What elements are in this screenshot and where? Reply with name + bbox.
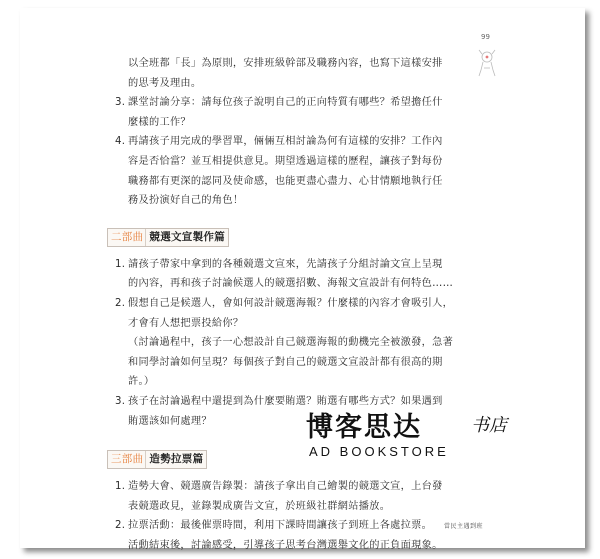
section-heading-part2: 二部曲 競選文宣製作篇 xyxy=(107,228,229,247)
intro-line: 以全班都「長」為原則，安排班級幹部及職務內容，也寫下這樣安排 xyxy=(128,54,458,74)
page-number: 99 xyxy=(481,33,490,41)
intro-line: 的思考及理由。 xyxy=(128,74,458,94)
section-heading-part3: 三部曲 造勢拉票篇 xyxy=(107,450,207,469)
item-text: 容是否恰當？並互相提供意見。期望透過這樣的歷程，讓孩子對每份 xyxy=(128,152,458,172)
running-footer: 當民主遇到班 xyxy=(444,521,483,530)
item-number: 2. xyxy=(115,294,125,314)
item-text: 和同學討論如何呈現？每個孩子對自己的競選文宣設計都有很高的期 xyxy=(128,353,458,373)
book-page: 99 以全班都「長」為原則，安排班級幹部及職務內容，也寫下這樣安排 的思考及理由… xyxy=(20,8,585,548)
item-text: 務及扮演好自己的角色！ xyxy=(128,191,458,211)
item-text: 活動結束後，討論感受，引導孩子思考台灣選舉文化的正負面現象。 xyxy=(128,536,458,556)
list-item-1: 1. 造勢大會、競選廣告錄製：請孩子拿出自己繪製的競選文宣，上台發 xyxy=(128,477,458,497)
item-number: 1. xyxy=(115,477,125,497)
page-content: 以全班都「長」為原則，安排班級幹部及職務內容，也寫下這樣安排 的思考及理由。 3… xyxy=(128,54,458,555)
item-number: 3. xyxy=(115,93,125,113)
section-title: 競選文宣製作篇 xyxy=(146,229,228,246)
section-tag: 二部曲 xyxy=(108,229,146,246)
item-number: 2. xyxy=(115,516,125,536)
list-item-3: 3. 孩子在討論過程中還提到為什麼要賄選？賄選有哪些方式？如果遇到 xyxy=(128,392,458,412)
section-title: 造勢拉票篇 xyxy=(146,451,206,468)
list-item-2: 2. 拉票活動：最後催票時間，利用下課時間讓孩子到班上各處拉票。 xyxy=(128,516,458,536)
list-item-1: 1. 請孩子帶家中拿到的各種競選文宣來，先請孩子分組討論文宣上呈現 xyxy=(128,255,458,275)
mascot-illustration-icon xyxy=(476,48,498,80)
item-number: 1. xyxy=(115,255,125,275)
item-text: （討論過程中，孩子一心想設計自己競選海報的動機完全被激發，急著 xyxy=(128,333,458,353)
item-number: 4. xyxy=(115,132,125,152)
item-text: 才會有人想把票投給你？ xyxy=(128,314,458,334)
item-text: 造勢大會、競選廣告錄製：請孩子拿出自己繪製的競選文宣，上台發 xyxy=(128,481,443,492)
item-text: 許。） xyxy=(128,372,458,392)
item-number: 3. xyxy=(115,392,125,412)
item-text: 賄選該如何處理？ xyxy=(128,412,458,432)
item-text: 課堂討論分享：請每位孩子說明自己的正向特質有哪些？希望擔任什 xyxy=(128,97,443,108)
item-text: 再請孩子用完成的學習單，倆倆互相討論為何有這樣的安排？工作內 xyxy=(128,136,443,147)
list-item-2: 2. 假想自己是候選人，會如何設計競選海報？什麼樣的內容才會吸引人， xyxy=(128,294,458,314)
section-tag: 三部曲 xyxy=(108,451,146,468)
list-item-4: 4. 再請孩子用完成的學習單，倆倆互相討論為何有這樣的安排？工作內 xyxy=(128,132,458,152)
item-text: 職務都有更深的認同及使命感，也能更盡心盡力、心甘情願地執行任 xyxy=(128,172,458,192)
item-text: 假想自己是候選人，會如何設計競選海報？什麼樣的內容才會吸引人， xyxy=(128,298,453,309)
item-text: 表競選政見，並錄製成廣告文宣，於班級社群網站播放。 xyxy=(128,497,458,517)
item-text: 拉票活動：最後催票時間，利用下課時間讓孩子到班上各處拉票。 xyxy=(128,520,432,531)
item-text: 的內容，再和孩子討論候選人的競選招數、海報文宣設計有何特色…… xyxy=(128,274,458,294)
list-item-3: 3. 課堂討論分享：請每位孩子說明自己的正向特質有哪些？希望擔任什 xyxy=(128,93,458,113)
item-text: 孩子在討論過程中還提到為什麼要賄選？賄選有哪些方式？如果遇到 xyxy=(128,396,443,407)
item-text: 麼樣的工作？ xyxy=(128,113,458,133)
item-text: 請孩子帶家中拿到的各種競選文宣來，先請孩子分組討論文宣上呈現 xyxy=(128,259,443,270)
